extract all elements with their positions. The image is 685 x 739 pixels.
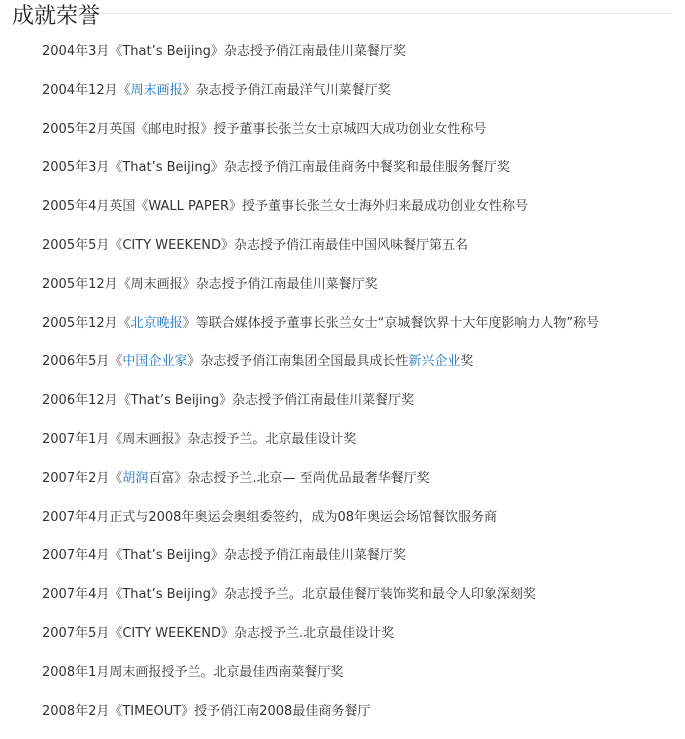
honor-text: 2007年2月《 — [42, 471, 122, 486]
honor-text: 2005年12月《周末画报》杂志授予俏江南最佳川菜餐厅奖 — [42, 277, 378, 292]
honor-item: 2005年5月《CITY WEEKEND》杂志授予俏江南最佳中国风味餐厅第五名 — [42, 236, 599, 275]
honor-text: 》杂志授予俏江南集团全国最具成长性 — [187, 354, 408, 369]
honor-item: 2007年2月《胡润百富》杂志授予兰.北京— 至尚优品最奢华餐厅奖 — [42, 469, 599, 508]
honor-item: 2007年4月《That’s Beijing》杂志授予俏江南最佳川菜餐厅奖 — [42, 546, 599, 585]
honor-text: 》杂志授予俏江南最洋气川菜餐厅奖 — [183, 83, 391, 98]
honor-text: 2006年12月《That’s Beijing》杂志授予俏江南最佳川菜餐厅奖 — [42, 393, 414, 408]
honor-item: 2008年2月《TIMEOUT》授予俏江南2008最佳商务餐厅 — [42, 702, 599, 739]
honor-item: 2004年3月《That’s Beijing》杂志授予俏江南最佳川菜餐厅奖 — [42, 42, 599, 81]
section-header: 成就荣誉 — [12, 0, 672, 36]
honor-text: 百富》杂志授予兰.北京— 至尚优品最奢华餐厅奖 — [148, 471, 429, 486]
honor-text: 2007年4月《That’s Beijing》杂志授予兰。北京最佳餐厅装饰奖和最… — [42, 587, 536, 602]
honor-text: 2008年2月《TIMEOUT》授予俏江南2008最佳商务餐厅 — [42, 704, 370, 719]
honor-text: 2005年2月英国《邮电时报》授予董事长张兰女士京城四大成功创业女性称号 — [42, 122, 486, 137]
section-title: 成就荣誉 — [12, 4, 100, 30]
honor-item: 2005年4月英国《WALL PAPER》授予董事长张兰女士海外归来最成功创业女… — [42, 197, 599, 236]
entity-link[interactable]: 中国企业家 — [122, 354, 187, 369]
honor-item: 2007年1月《周末画报》杂志授予兰。北京最佳设计奖 — [42, 430, 599, 469]
honor-item: 2007年4月《That’s Beijing》杂志授予兰。北京最佳餐厅装饰奖和最… — [42, 585, 599, 624]
entity-link[interactable]: 新兴企业 — [408, 354, 460, 369]
honor-text: 奖 — [460, 354, 473, 369]
honor-text: 2005年3月《That’s Beijing》杂志授予俏江南最佳商务中餐奖和最佳… — [42, 160, 510, 175]
honor-text: 2004年3月《That’s Beijing》杂志授予俏江南最佳川菜餐厅奖 — [42, 44, 406, 59]
honor-text: 2005年5月《CITY WEEKEND》杂志授予俏江南最佳中国风味餐厅第五名 — [42, 238, 468, 253]
honor-item: 2005年12月《北京晚报》等联合媒体授予董事长张兰女士“京城餐饮界十大年度影响… — [42, 314, 599, 353]
honor-item: 2007年4月正式与2008年奥运会奥组委签约，成为08年奥运会场馆餐饮服务商 — [42, 508, 599, 547]
honor-item: 2005年3月《That’s Beijing》杂志授予俏江南最佳商务中餐奖和最佳… — [42, 158, 599, 197]
honor-item: 2004年12月《周末画报》杂志授予俏江南最洋气川菜餐厅奖 — [42, 81, 599, 120]
honors-list: 2004年3月《That’s Beijing》杂志授予俏江南最佳川菜餐厅奖200… — [42, 42, 599, 739]
honor-text: 2008年1月周末画报授予兰。北京最佳西南菜餐厅奖 — [42, 665, 343, 680]
honor-text: 2004年12月《 — [42, 83, 131, 98]
entity-link[interactable]: 周末画报 — [131, 83, 183, 98]
honor-text: 2005年4月英国《WALL PAPER》授予董事长张兰女士海外归来最成功创业女… — [42, 199, 528, 214]
entity-link[interactable]: 胡润 — [122, 471, 148, 486]
honor-item: 2007年5月《CITY WEEKEND》杂志授予兰.北京最佳设计奖 — [42, 624, 599, 663]
header-divider — [102, 13, 672, 14]
honor-text: 2007年4月正式与2008年奥运会奥组委签约，成为08年奥运会场馆餐饮服务商 — [42, 510, 497, 525]
honor-text: 2007年1月《周末画报》杂志授予兰。北京最佳设计奖 — [42, 432, 356, 447]
honor-text: 2007年5月《CITY WEEKEND》杂志授予兰.北京最佳设计奖 — [42, 626, 394, 641]
honor-item: 2008年1月周末画报授予兰。北京最佳西南菜餐厅奖 — [42, 663, 599, 702]
honor-item: 2005年12月《周末画报》杂志授予俏江南最佳川菜餐厅奖 — [42, 275, 599, 314]
entity-link[interactable]: 北京晚报 — [131, 316, 183, 331]
honor-text: 》等联合媒体授予董事长张兰女士“京城餐饮界十大年度影响力人物”称号 — [183, 316, 599, 331]
honor-item: 2005年2月英国《邮电时报》授予董事长张兰女士京城四大成功创业女性称号 — [42, 120, 599, 159]
honor-text: 2005年12月《 — [42, 316, 131, 331]
honor-text: 2006年5月《 — [42, 354, 122, 369]
honor-item: 2006年5月《中国企业家》杂志授予俏江南集团全国最具成长性新兴企业奖 — [42, 352, 599, 391]
honor-text: 2007年4月《That’s Beijing》杂志授予俏江南最佳川菜餐厅奖 — [42, 548, 406, 563]
honor-item: 2006年12月《That’s Beijing》杂志授予俏江南最佳川菜餐厅奖 — [42, 391, 599, 430]
